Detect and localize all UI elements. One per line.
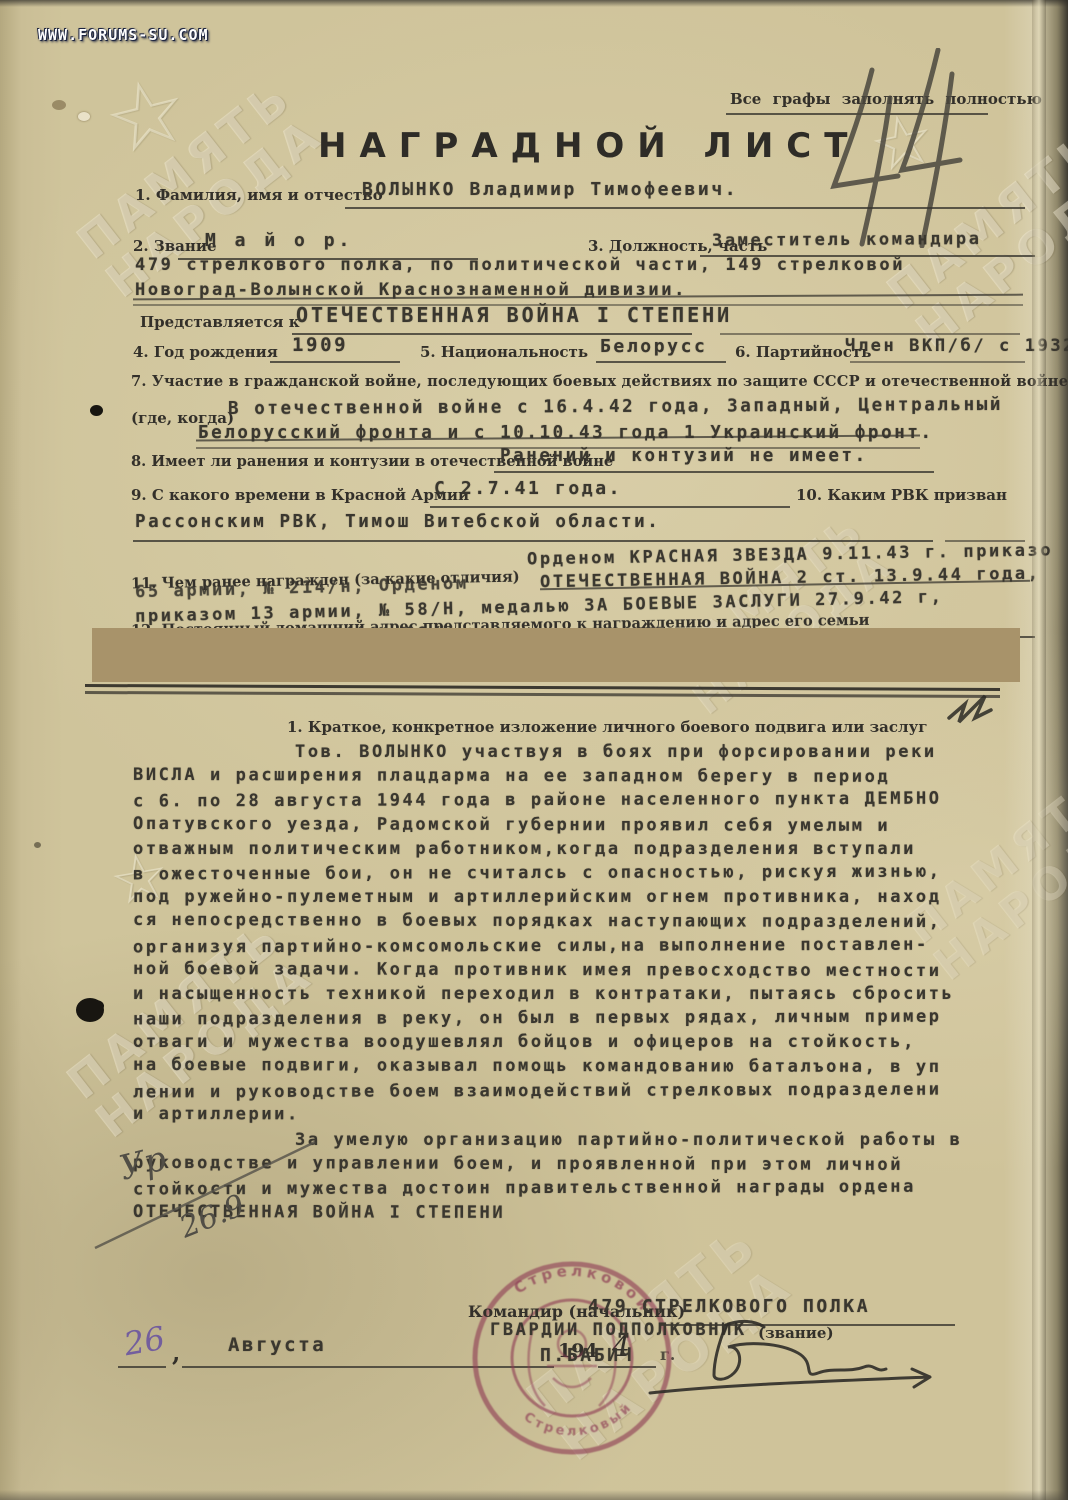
representation-label: Представляется к bbox=[140, 313, 300, 331]
representation-line-a bbox=[292, 333, 692, 335]
field10-line-a bbox=[133, 540, 933, 542]
date-comma: , bbox=[172, 1338, 180, 1367]
commander-name: П.БАБИЧ bbox=[540, 1345, 634, 1366]
field2-label: 2. Звание bbox=[133, 237, 217, 255]
margin-note-text: Ур bbox=[116, 1139, 171, 1189]
field1-value: ВОЛЫНКО Владимир Тимофеевич. bbox=[362, 179, 738, 200]
pencil-margin-note: Ур 26.9 bbox=[85, 1120, 345, 1260]
field9-label: 9. С какого времени в Красной Армии bbox=[131, 486, 469, 504]
field9-value: С 2.7.41 года. bbox=[434, 478, 622, 499]
scanned-award-document: ☆ ПАМЯТЬ НАРОДА ☆ ПАМЯТЬ НАРОДА ПАМЯТЬ Н… bbox=[0, 0, 1068, 1500]
field8-line bbox=[494, 471, 934, 473]
field4-value: 1909 bbox=[292, 334, 348, 356]
field4-label: 4. Год рождения bbox=[133, 343, 278, 361]
representation-line-b bbox=[720, 333, 1020, 335]
star-watermark-icon: ☆ bbox=[93, 54, 199, 178]
field4-line bbox=[270, 361, 400, 363]
memory-watermark-line: НАРОДА bbox=[96, 106, 334, 308]
citation-heading: 1. Краткое, конкретное изложение личного… bbox=[287, 718, 927, 736]
field9-line bbox=[430, 506, 790, 508]
paper-fold-edge bbox=[1032, 0, 1046, 1500]
representation-value: ОТЕЧЕСТВЕННАЯ ВОЙНА I СТЕПЕНИ bbox=[296, 303, 732, 327]
field2-value: М а й о р. bbox=[205, 230, 353, 251]
section-rule-bottom bbox=[85, 691, 1000, 698]
field10-label: 10. Каким РВК призван bbox=[796, 486, 1007, 504]
page-title: НАГРАДНОЙ ЛИСТ bbox=[318, 126, 860, 166]
field10-value: Рассонским РВК, Тимош Витебской области. bbox=[135, 512, 660, 532]
handwritten-day: 26 bbox=[121, 1319, 168, 1363]
date-month: Августа bbox=[228, 1334, 326, 1356]
field5-line bbox=[596, 361, 726, 363]
handwritten-signature bbox=[630, 1315, 960, 1405]
date-day-line bbox=[118, 1366, 166, 1368]
paper-speck bbox=[52, 100, 66, 110]
field5-value: Белорусс bbox=[600, 336, 708, 357]
paper-speck bbox=[34, 842, 41, 848]
redaction-bar bbox=[92, 628, 1020, 682]
paper-speck bbox=[78, 112, 90, 121]
field3-value-1: Заместитель командира bbox=[712, 229, 982, 251]
field7-value-1: В отечественной войне с 16.4.42 года, За… bbox=[228, 395, 1003, 419]
field5-label: 5. Национальность bbox=[420, 343, 588, 361]
site-watermark: WWW.FORUMS-SU.COM bbox=[38, 26, 209, 44]
field1-line bbox=[345, 207, 1025, 209]
field8-value: Ранений и контузий не имеет. bbox=[500, 446, 868, 466]
section-rule-top bbox=[85, 684, 1000, 691]
field1-label: 1. Фамилия, имя и отчество bbox=[135, 186, 383, 204]
citation-paragraph-1: Тов. ВОЛЫНКО участвуя в боях при форсиро… bbox=[133, 740, 954, 1127]
hole-punch bbox=[90, 405, 103, 416]
hole-punch bbox=[76, 998, 104, 1022]
ink-check-mark-icon bbox=[945, 692, 1005, 732]
unit-typed: 479 СТРЕЛКОВОГО ПОЛКА bbox=[588, 1296, 870, 1317]
field6-line bbox=[850, 361, 1025, 363]
field3-value-2: 479 стрелкового полка, по политической ч… bbox=[135, 255, 905, 275]
margin-note-date: 26.9 bbox=[174, 1188, 250, 1246]
field7-label: 7. Участие в гражданской войне, последую… bbox=[131, 373, 1068, 390]
